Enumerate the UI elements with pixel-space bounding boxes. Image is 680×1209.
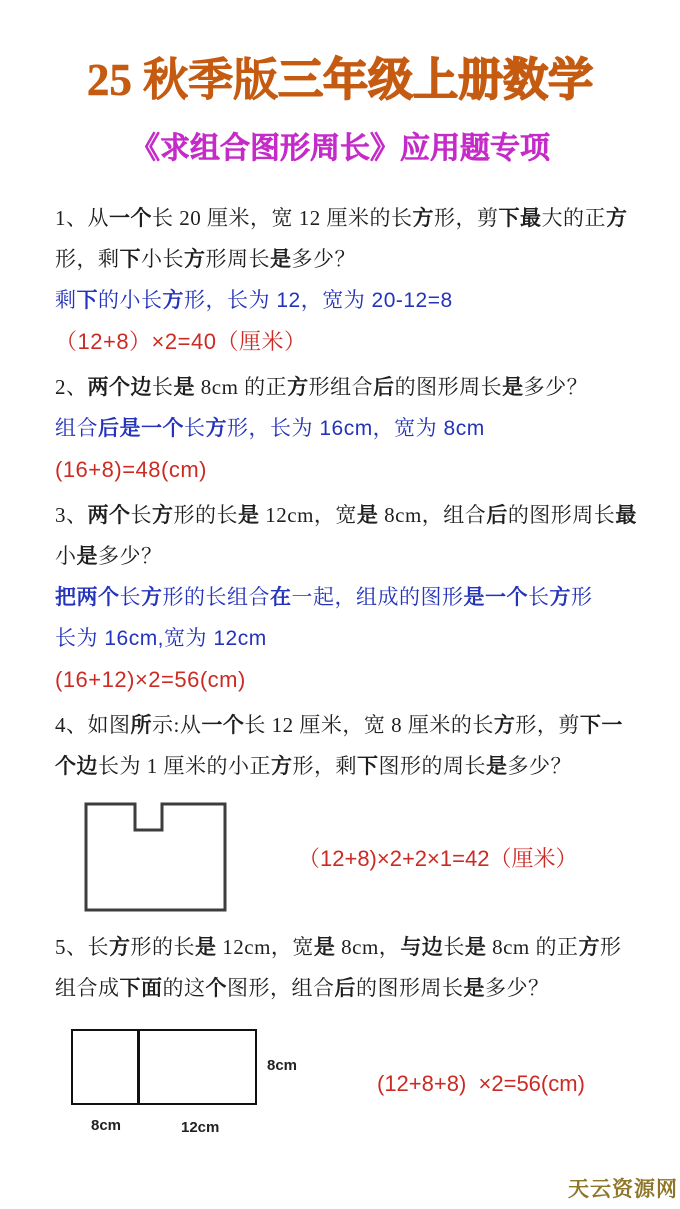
problem-2: 2、两个边长是 8cm 的正方形组合后的图形周长是多少？组合后是一个长方形，长为… bbox=[55, 367, 640, 490]
problem-line: 小是多少？ bbox=[55, 536, 640, 577]
problem-5-figure-row: 8cm 8cm 12cm (12+8+8) ×2=56(cm) bbox=[55, 1029, 640, 1137]
height-label: 8cm bbox=[267, 1057, 297, 1074]
problem-line: 2、两个边长是 8cm 的正方形组合后的图形周长是多少？ bbox=[55, 367, 640, 408]
problem-line: 剩下的小长方形，长为 12，宽为 20-12=8 bbox=[55, 280, 640, 321]
problem-line: 把两个长方形的长组合在一起，组成的图形是一个长方形 bbox=[55, 577, 640, 618]
problem-line: (16+8)=48(cm) bbox=[55, 449, 640, 490]
page-title: 25 秋季版三年级上册数学 bbox=[0, 54, 680, 106]
answer-formula-p5: (12+8+8) ×2=56(cm) bbox=[377, 1071, 585, 1097]
figure-outer-rectangle bbox=[71, 1029, 257, 1105]
problem-line: (16+12)×2=56(cm) bbox=[55, 659, 640, 700]
answer-formula-p4: （12+8)×2+2×1=42（厘米） bbox=[298, 842, 577, 873]
problem-line: （12+8）×2=40（厘米） bbox=[55, 321, 640, 362]
problem-line: 形，剩下小长方形周长是多少？ bbox=[55, 239, 640, 280]
problem-4-figure-row: （12+8)×2+2×1=42（厘米） bbox=[55, 801, 640, 913]
problem-line: 5、长方形的长是 12cm，宽是 8cm，与边长是 8cm 的正方形 bbox=[55, 927, 640, 968]
site-watermark: 天云资源网 bbox=[568, 1173, 678, 1203]
figure-outline bbox=[86, 804, 225, 910]
figure-divider-line bbox=[137, 1031, 140, 1103]
problem-4: 4、如图所示:从一个长 12 厘米，宽 8 厘米的长方形，剪下一个边长为 1 厘… bbox=[55, 705, 640, 787]
problem-5: 5、长方形的长是 12cm，宽是 8cm，与边长是 8cm 的正方形组合成下面的… bbox=[55, 927, 640, 1009]
problem-line: 组合成下面的这个图形，组合后的图形周长是多少？ bbox=[55, 968, 640, 1009]
problem-line: 个边长为 1 厘米的小正方形，剩下图形的周长是多少？ bbox=[55, 746, 640, 787]
title-prefix: 25 秋季版 bbox=[87, 55, 278, 105]
square-width-label: 8cm bbox=[91, 1117, 121, 1134]
problem-line: 组合后是一个长方形，长为 16cm，宽为 8cm bbox=[55, 408, 640, 449]
problem-3: 3、两个长方形的长是 12cm，宽是 8cm，组合后的图形周长最小是多少？把两个… bbox=[55, 495, 640, 700]
rectangle-width-label: 12cm bbox=[181, 1119, 219, 1136]
problem-1: 1、从一个长 20 厘米，宽 12 厘米的长方形，剪下最大的正方形，剩下小长方形… bbox=[55, 198, 640, 362]
problem-line: 长为 16cm,宽为 12cm bbox=[55, 618, 640, 659]
problem-line: 3、两个长方形的长是 12cm，宽是 8cm，组合后的图形周长最 bbox=[55, 495, 640, 536]
title-emphasis: 三年级上册数学 bbox=[278, 54, 593, 105]
notched-rectangle-figure bbox=[83, 801, 228, 913]
page-subtitle: 《求组合图形周长》应用题专项 bbox=[0, 132, 680, 166]
problem-line: 4、如图所示:从一个长 12 厘米，宽 8 厘米的长方形，剪下一 bbox=[55, 705, 640, 746]
worksheet-content: 1、从一个长 20 厘米，宽 12 厘米的长方形，剪下最大的正方形，剩下小长方形… bbox=[0, 198, 680, 1137]
combined-rectangles-figure: 8cm 8cm 12cm bbox=[71, 1029, 321, 1137]
problem-line: 1、从一个长 20 厘米，宽 12 厘米的长方形，剪下最大的正方 bbox=[55, 198, 640, 239]
